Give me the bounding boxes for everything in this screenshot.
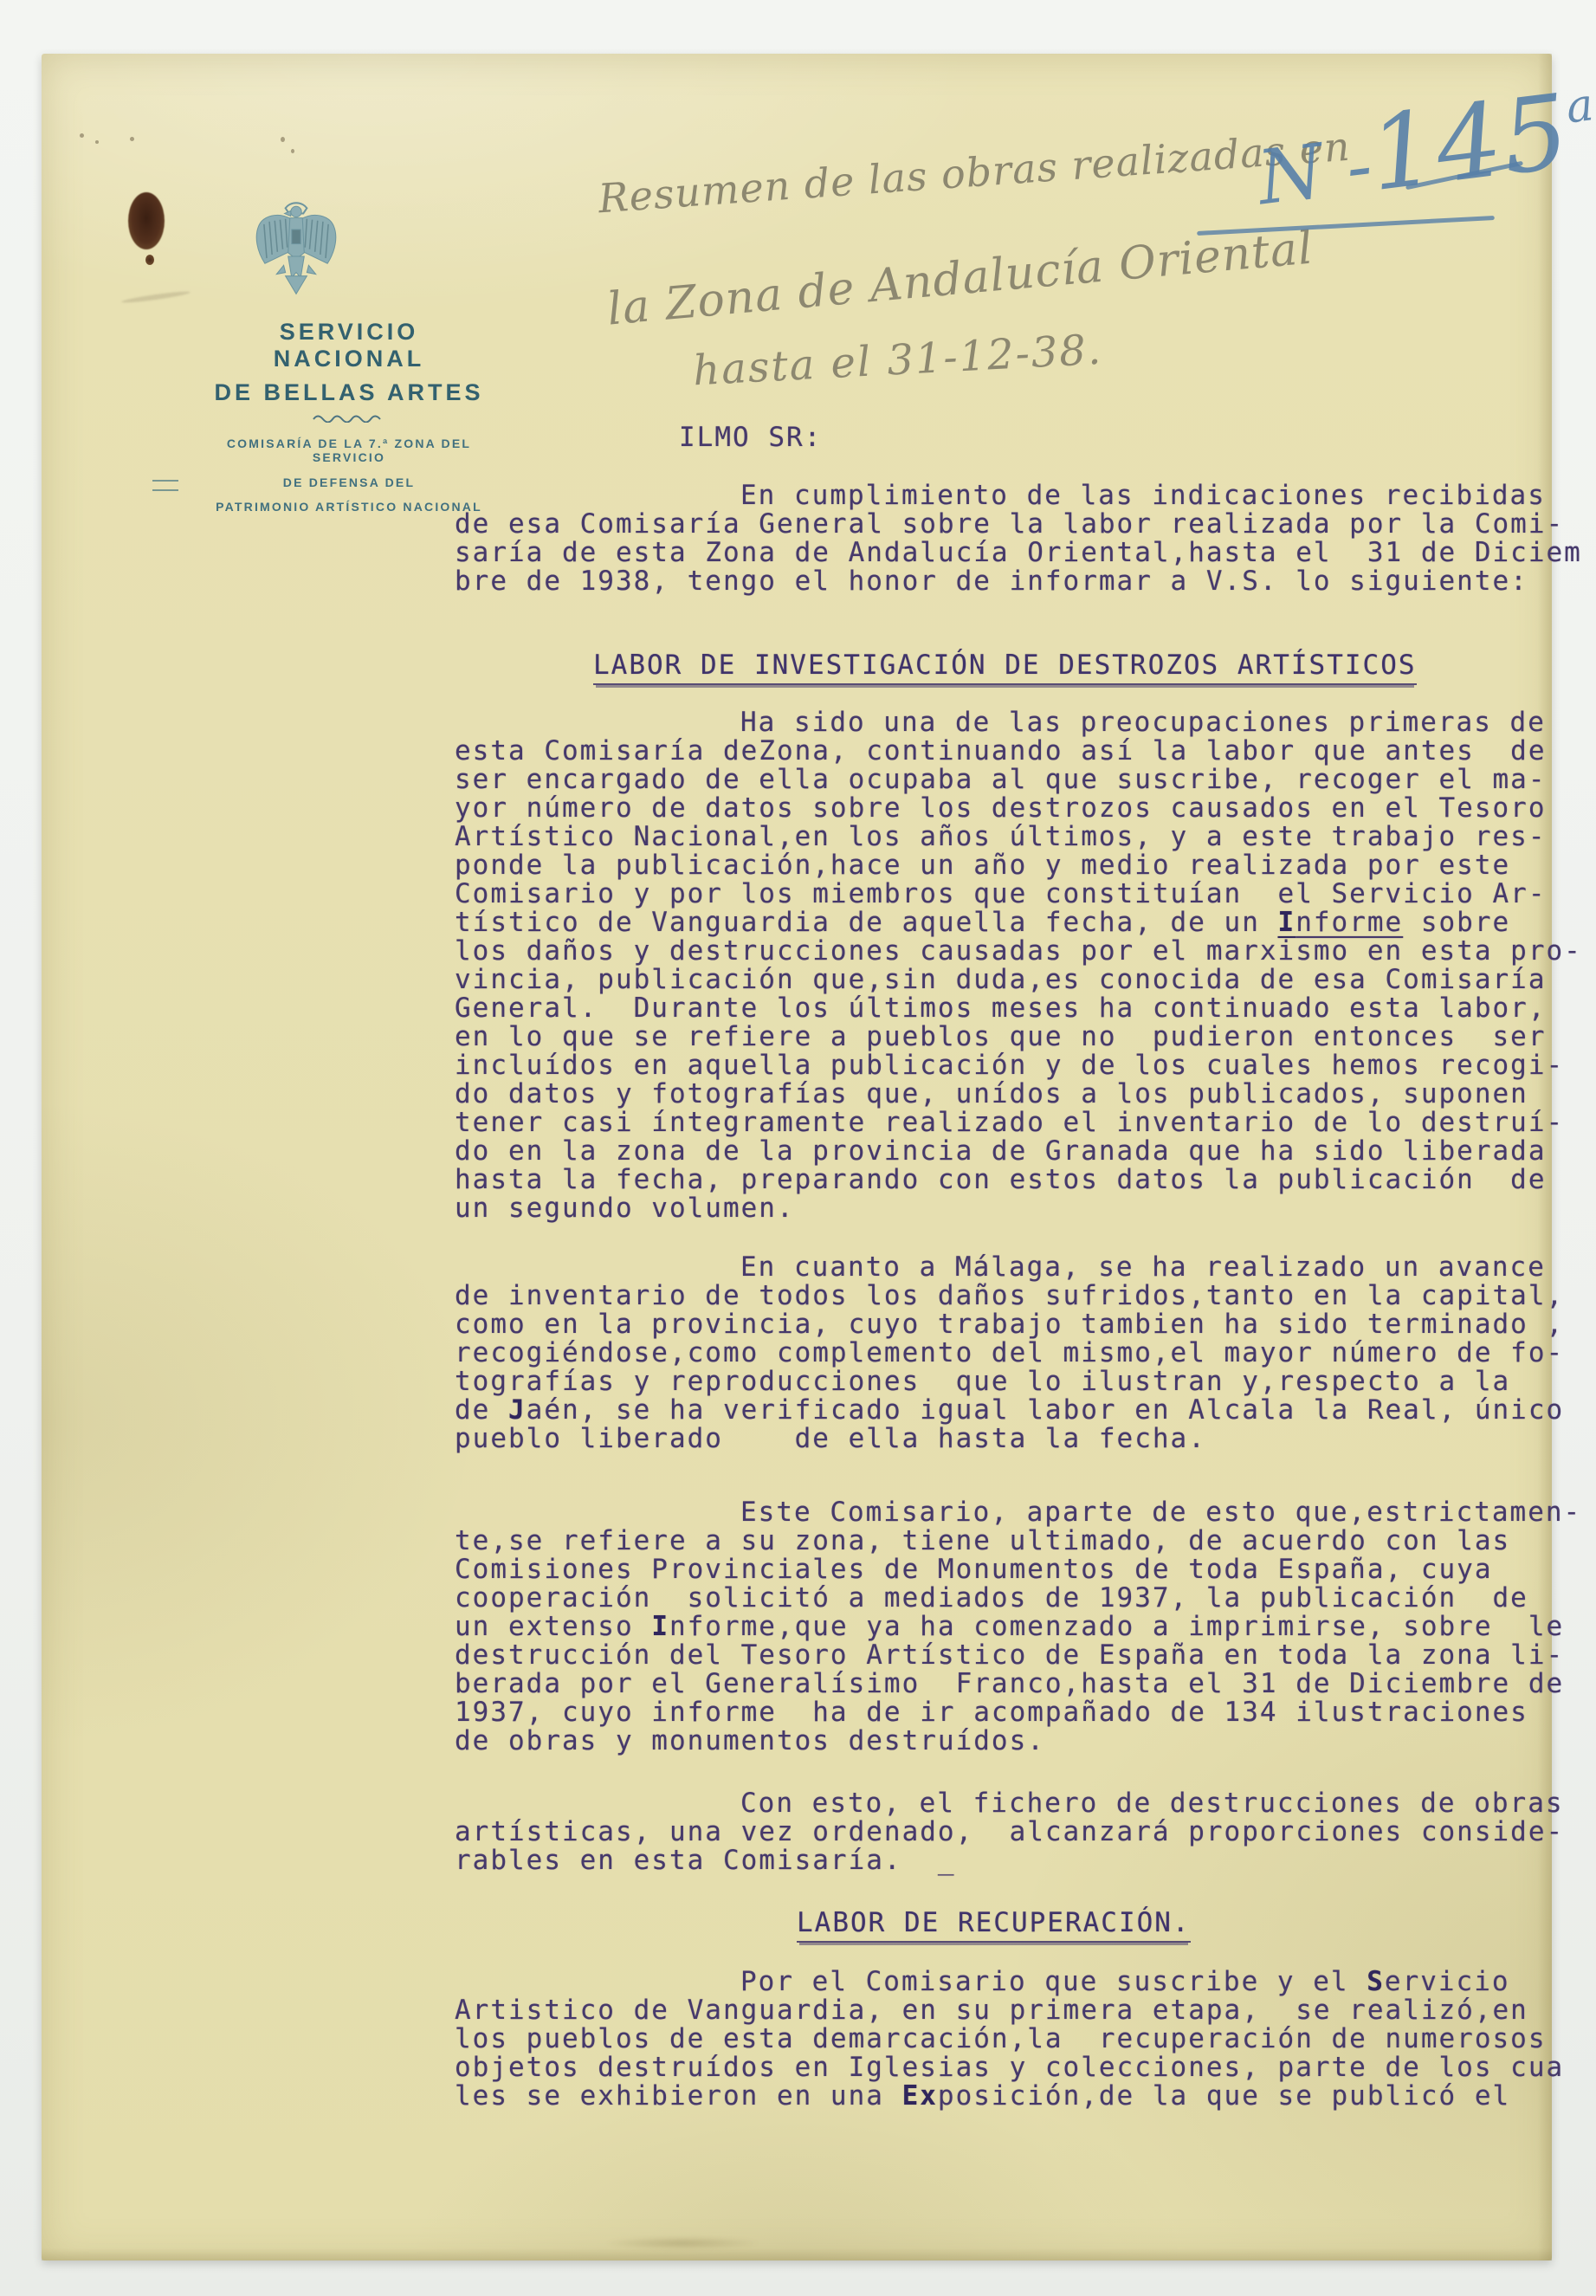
section-heading: LABOR DE RECUPERACIÓN. <box>797 1909 1191 1943</box>
section-heading: LABOR DE INVESTIGACIÓN DE DESTROZOS ARTÍ… <box>593 651 1417 685</box>
typed-line: Artistico de Vanguardia, en su primera e… <box>455 1996 1564 2025</box>
typed-line: berada por el Generalísimo Franco,hasta … <box>455 1670 1581 1698</box>
typed-segment: un extenso <box>455 1611 651 1642</box>
typed-paragraph: Este Comisario, aparte de esto que,estri… <box>455 1498 1581 1756</box>
typed-line: un segundo volumen. <box>455 1194 1582 1223</box>
typed-line: de obras y monumentos destruídos. <box>455 1727 1581 1756</box>
typed-segment: aén, se ha verificado igual labor en Alc… <box>527 1394 1565 1426</box>
typed-line: Este Comisario, aparte de esto que,estri… <box>455 1498 1581 1527</box>
typed-line: Comisario y por los miembros que constit… <box>455 880 1582 909</box>
typed-line: Ha sido una de las preocupaciones primer… <box>455 708 1582 737</box>
typed-line: hasta la fecha, preparando con estos dat… <box>455 1166 1582 1194</box>
typed-line: los daños y destrucciones causadas por e… <box>455 937 1582 966</box>
typed-line: un extenso Informe,que ya ha comenzado a… <box>455 1613 1581 1641</box>
typed-segment: posición,de la que se publicó el <box>938 2080 1510 2112</box>
typed-line: destrucción del Tesoro Artístico de Espa… <box>455 1641 1581 1670</box>
typed-line: los pueblos de esta demarcación,la recup… <box>455 2025 1564 2053</box>
typed-segment: les se exhibieron en una <box>455 2080 902 2112</box>
typed-line: tografías y reproducciones que lo ilustr… <box>455 1368 1564 1396</box>
typed-line: Con esto, el fichero de destrucciones de… <box>455 1789 1564 1818</box>
typed-line: les se exhibieron en una Exposición,de l… <box>455 2082 1564 2111</box>
typed-line: recogiéndose,como complemento del mismo,… <box>455 1339 1564 1368</box>
typed-segment: J <box>508 1394 527 1426</box>
typed-line: ponde la publicación,hace un año y medio… <box>455 851 1582 880</box>
salutation: ILMO SR: <box>679 424 822 452</box>
typed-segment: I <box>1278 907 1296 938</box>
typed-segment: nforme,que ya ha comenzado a imprimirse,… <box>669 1611 1564 1642</box>
typed-segment: S <box>1367 1966 1385 1997</box>
typed-line: Artístico Nacional,en los años últimos, … <box>455 823 1582 851</box>
typed-paragraph: En cuanto a Málaga, se ha realizado un a… <box>455 1253 1564 1453</box>
typed-line: de esa Comisaría General sobre la labor … <box>455 510 1582 539</box>
typed-segment: de <box>455 1394 508 1426</box>
typed-body: ILMO SR:En cumplimiento de las indicacio… <box>0 0 1596 2296</box>
typed-line: General. Durante los últimos meses ha co… <box>455 994 1582 1023</box>
typed-line: ser encargado de ella ocupaba al que sus… <box>455 766 1582 794</box>
scanner-background: SERVICIO NACIONAL DE BELLAS ARTES COMISA… <box>0 0 1596 2296</box>
typed-line: En cuanto a Málaga, se ha realizado un a… <box>455 1253 1564 1282</box>
typed-line: tener casi íntegramente realizado el inv… <box>455 1109 1582 1137</box>
typed-line: tístico de Vanguardia de aquella fecha, … <box>455 909 1582 937</box>
typed-line: rables en esta Comisaría. _ <box>455 1847 1564 1875</box>
typed-segment: nforme <box>1296 907 1403 938</box>
typed-line: Por el Comisario que suscribe y el Servi… <box>455 1968 1564 1996</box>
typed-segment: Ex <box>902 2080 938 2112</box>
typed-line: te,se refiere a su zona, tiene ultimado,… <box>455 1527 1581 1555</box>
typed-paragraph: En cumplimiento de las indicaciones reci… <box>455 482 1582 596</box>
typed-paragraph: Por el Comisario que suscribe y el Servi… <box>455 1968 1564 2111</box>
typed-line: do datos y fotografías que, unídos a los… <box>455 1080 1582 1109</box>
typed-line: yor número de datos sobre los destrozos … <box>455 794 1582 823</box>
typed-line: ILMO SR: <box>679 424 822 452</box>
typed-line: saría de esta Zona de Andalucía Oriental… <box>455 539 1582 567</box>
typed-segment: I <box>651 1611 669 1642</box>
typed-line: de Jaén, se ha verificado igual labor en… <box>455 1396 1564 1425</box>
typed-paragraph: Con esto, el fichero de destrucciones de… <box>455 1789 1564 1875</box>
typed-paragraph: Ha sido una de las preocupaciones primer… <box>455 708 1582 1223</box>
typed-line: vincia, publicación que,sin duda,es cono… <box>455 966 1582 994</box>
typed-line: objetos destruídos en Iglesias y colecci… <box>455 2053 1564 2082</box>
typed-segment: Por el Comisario que suscribe y el <box>740 1966 1367 1997</box>
typed-line: En cumplimiento de las indicaciones reci… <box>455 482 1582 510</box>
typed-line: como en la provincia, cuyo trabajo tambi… <box>455 1310 1564 1339</box>
typed-line: en lo que se refiere a pueblos que no pu… <box>455 1023 1582 1051</box>
typed-line: LABOR DE INVESTIGACIÓN DE DESTROZOS ARTÍ… <box>593 651 1417 685</box>
typed-segment: ervicio <box>1385 1966 1510 1997</box>
typed-line: bre de 1938, tengo el honor de informar … <box>455 567 1582 596</box>
typed-line: de inventario de todos los daños sufrido… <box>455 1282 1564 1310</box>
typed-line: esta Comisaría deZona, continuando así l… <box>455 737 1582 766</box>
typed-line: cooperación solicitó a mediados de 1937,… <box>455 1584 1581 1613</box>
typed-line: Comisiones Provinciales de Monumentos de… <box>455 1555 1581 1584</box>
typed-line: 1937, cuyo informe ha de ir acompañado d… <box>455 1698 1581 1727</box>
typed-line: incluídos en aquella publicación y de lo… <box>455 1051 1582 1080</box>
typed-segment: tístico de Vanguardia de aquella fecha, … <box>455 907 1278 938</box>
typed-line: LABOR DE RECUPERACIÓN. <box>797 1909 1191 1943</box>
typed-line: do en la zona de la provincia de Granada… <box>455 1137 1582 1166</box>
typed-segment: sobre <box>1403 907 1510 938</box>
typed-line: artísticas, una vez ordenado, alcanzará … <box>455 1818 1564 1847</box>
typed-line: pueblo liberado de ella hasta la fecha. <box>455 1425 1564 1453</box>
